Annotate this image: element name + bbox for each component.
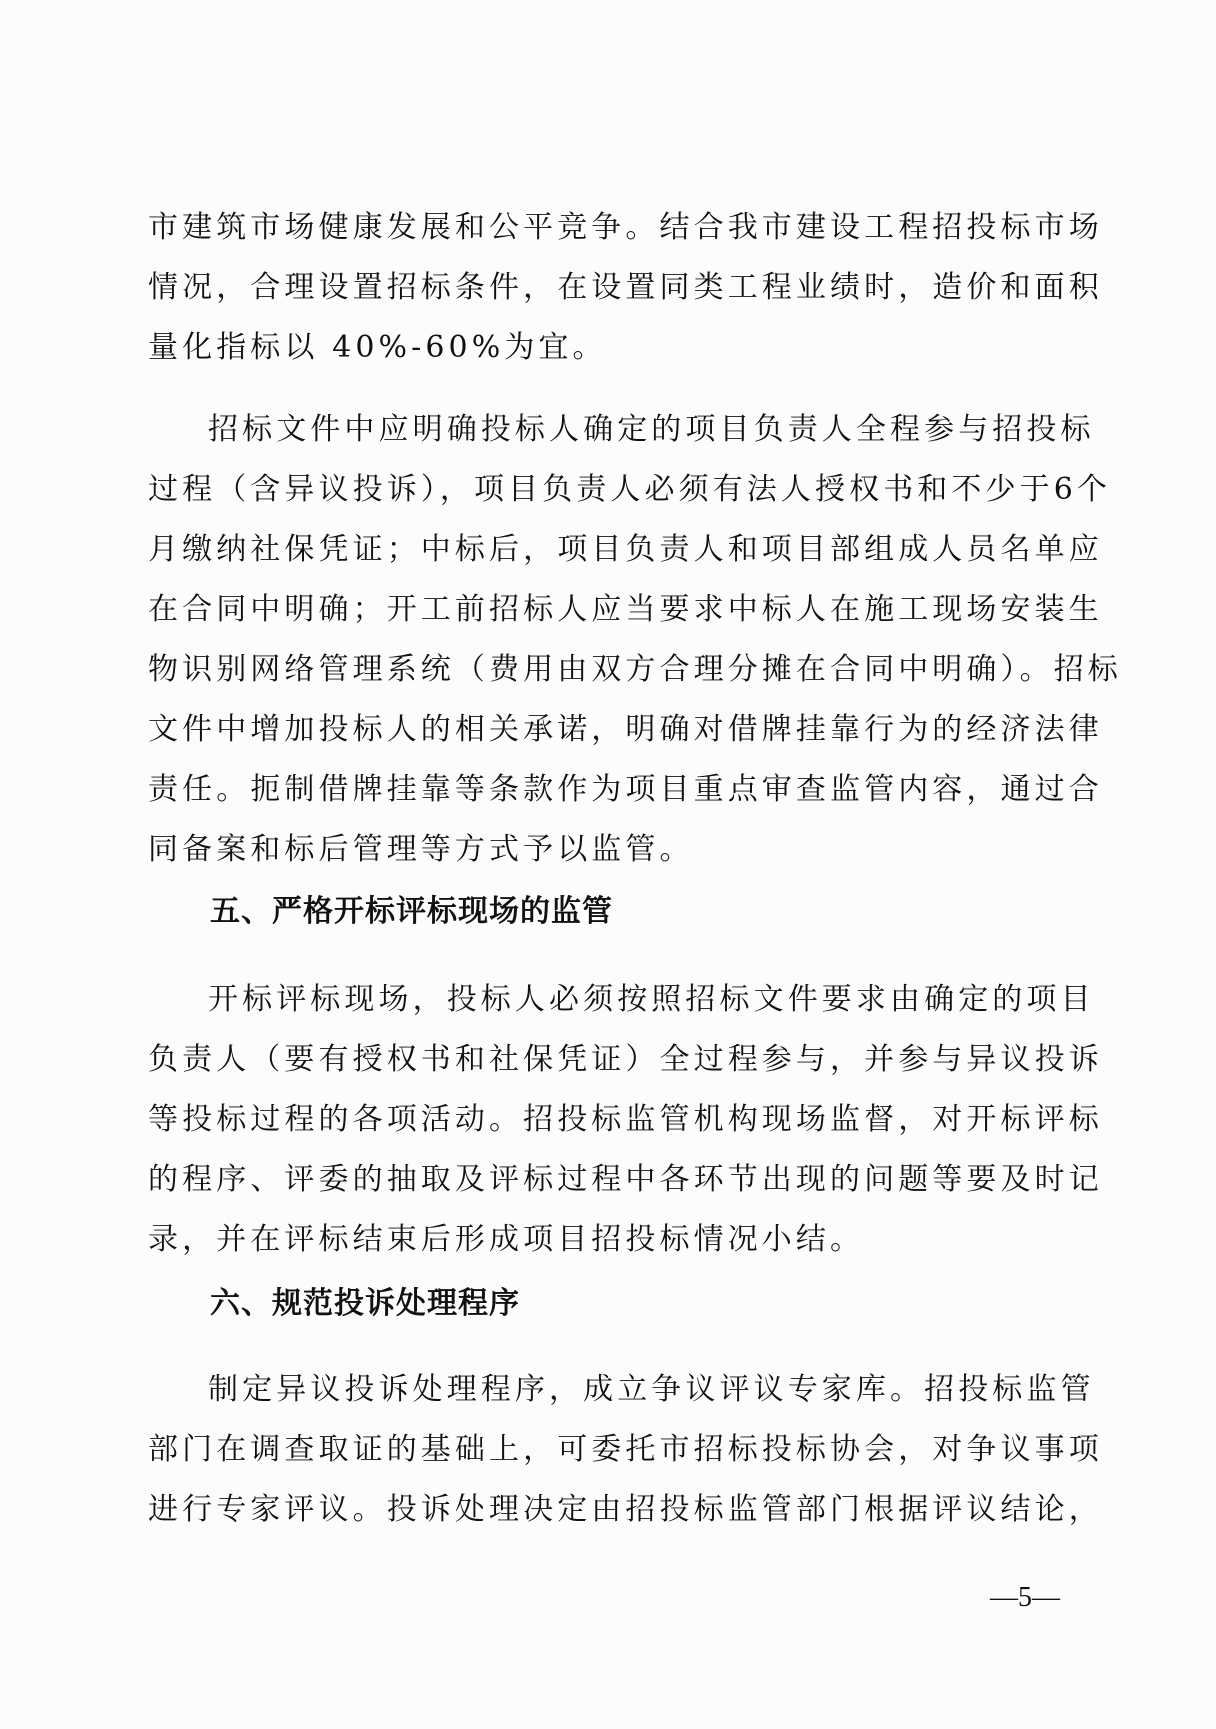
body-line: 部门在调查取证的基础上，可委托市招标投标协会，对争议事项 bbox=[148, 1430, 1103, 1470]
body-line: 录，并在评标结束后形成项目招投标情况小结。 bbox=[148, 1220, 864, 1260]
body-line: 等投标过程的各项活动。招投标监管机构现场监督，对开标评标 bbox=[148, 1100, 1103, 1140]
body-line: 招标文件中应明确投标人确定的项目负责人全程参与招投标 bbox=[208, 410, 1095, 450]
section-heading-5: 五、严格开标评标现场的监管 bbox=[210, 892, 613, 932]
body-line: 进行专家评议。投诉处理决定由招投标监管部门根据评议结论， bbox=[148, 1490, 1103, 1530]
body-line: 制定异议投诉处理程序，成立争议评议专家库。招投标监管 bbox=[208, 1370, 1095, 1410]
document-page: 市建筑市场健康发展和公平竞争。结合我市建设工程招投标市场 情况，合理设置招标条件… bbox=[0, 0, 1216, 1729]
body-line: 开标评标现场，投标人必须按照招标文件要求由确定的项目 bbox=[208, 980, 1095, 1020]
body-line: 文件中增加投标人的相关承诺，明确对借牌挂靠行为的经济法律 bbox=[148, 710, 1103, 750]
page-number: —5— bbox=[990, 1580, 1060, 1616]
body-line: 负责人（要有授权书和社保凭证）全过程参与，并参与异议投诉 bbox=[148, 1040, 1103, 1080]
body-line: 市建筑市场健康发展和公平竞争。结合我市建设工程招投标市场 bbox=[148, 208, 1103, 248]
section-heading-6: 六、规范投诉处理程序 bbox=[210, 1284, 520, 1324]
body-line: 物识别网络管理系统（费用由双方合理分摊在合同中明确）。招标 bbox=[148, 650, 1122, 690]
body-line: 量化指标以 40%-60%为宜。 bbox=[148, 328, 607, 368]
body-line: 的程序、评委的抽取及评标过程中各环节出现的问题等要及时记 bbox=[148, 1160, 1103, 1200]
body-line: 月缴纳社保凭证；中标后，项目负责人和项目部组成人员名单应 bbox=[148, 530, 1103, 570]
body-line: 情况，合理设置招标条件，在设置同类工程业绩时，造价和面积 bbox=[148, 268, 1103, 308]
body-line: 同备案和标后管理等方式予以监管。 bbox=[148, 830, 694, 870]
body-line: 过程（含异议投诉），项目负责人必须有法人授权书和不少于6个 bbox=[148, 470, 1111, 510]
body-line: 责任。扼制借牌挂靠等条款作为项目重点审查监管内容，通过合 bbox=[148, 770, 1103, 810]
body-line: 在合同中明确；开工前招标人应当要求中标人在施工现场安装生 bbox=[148, 590, 1103, 630]
